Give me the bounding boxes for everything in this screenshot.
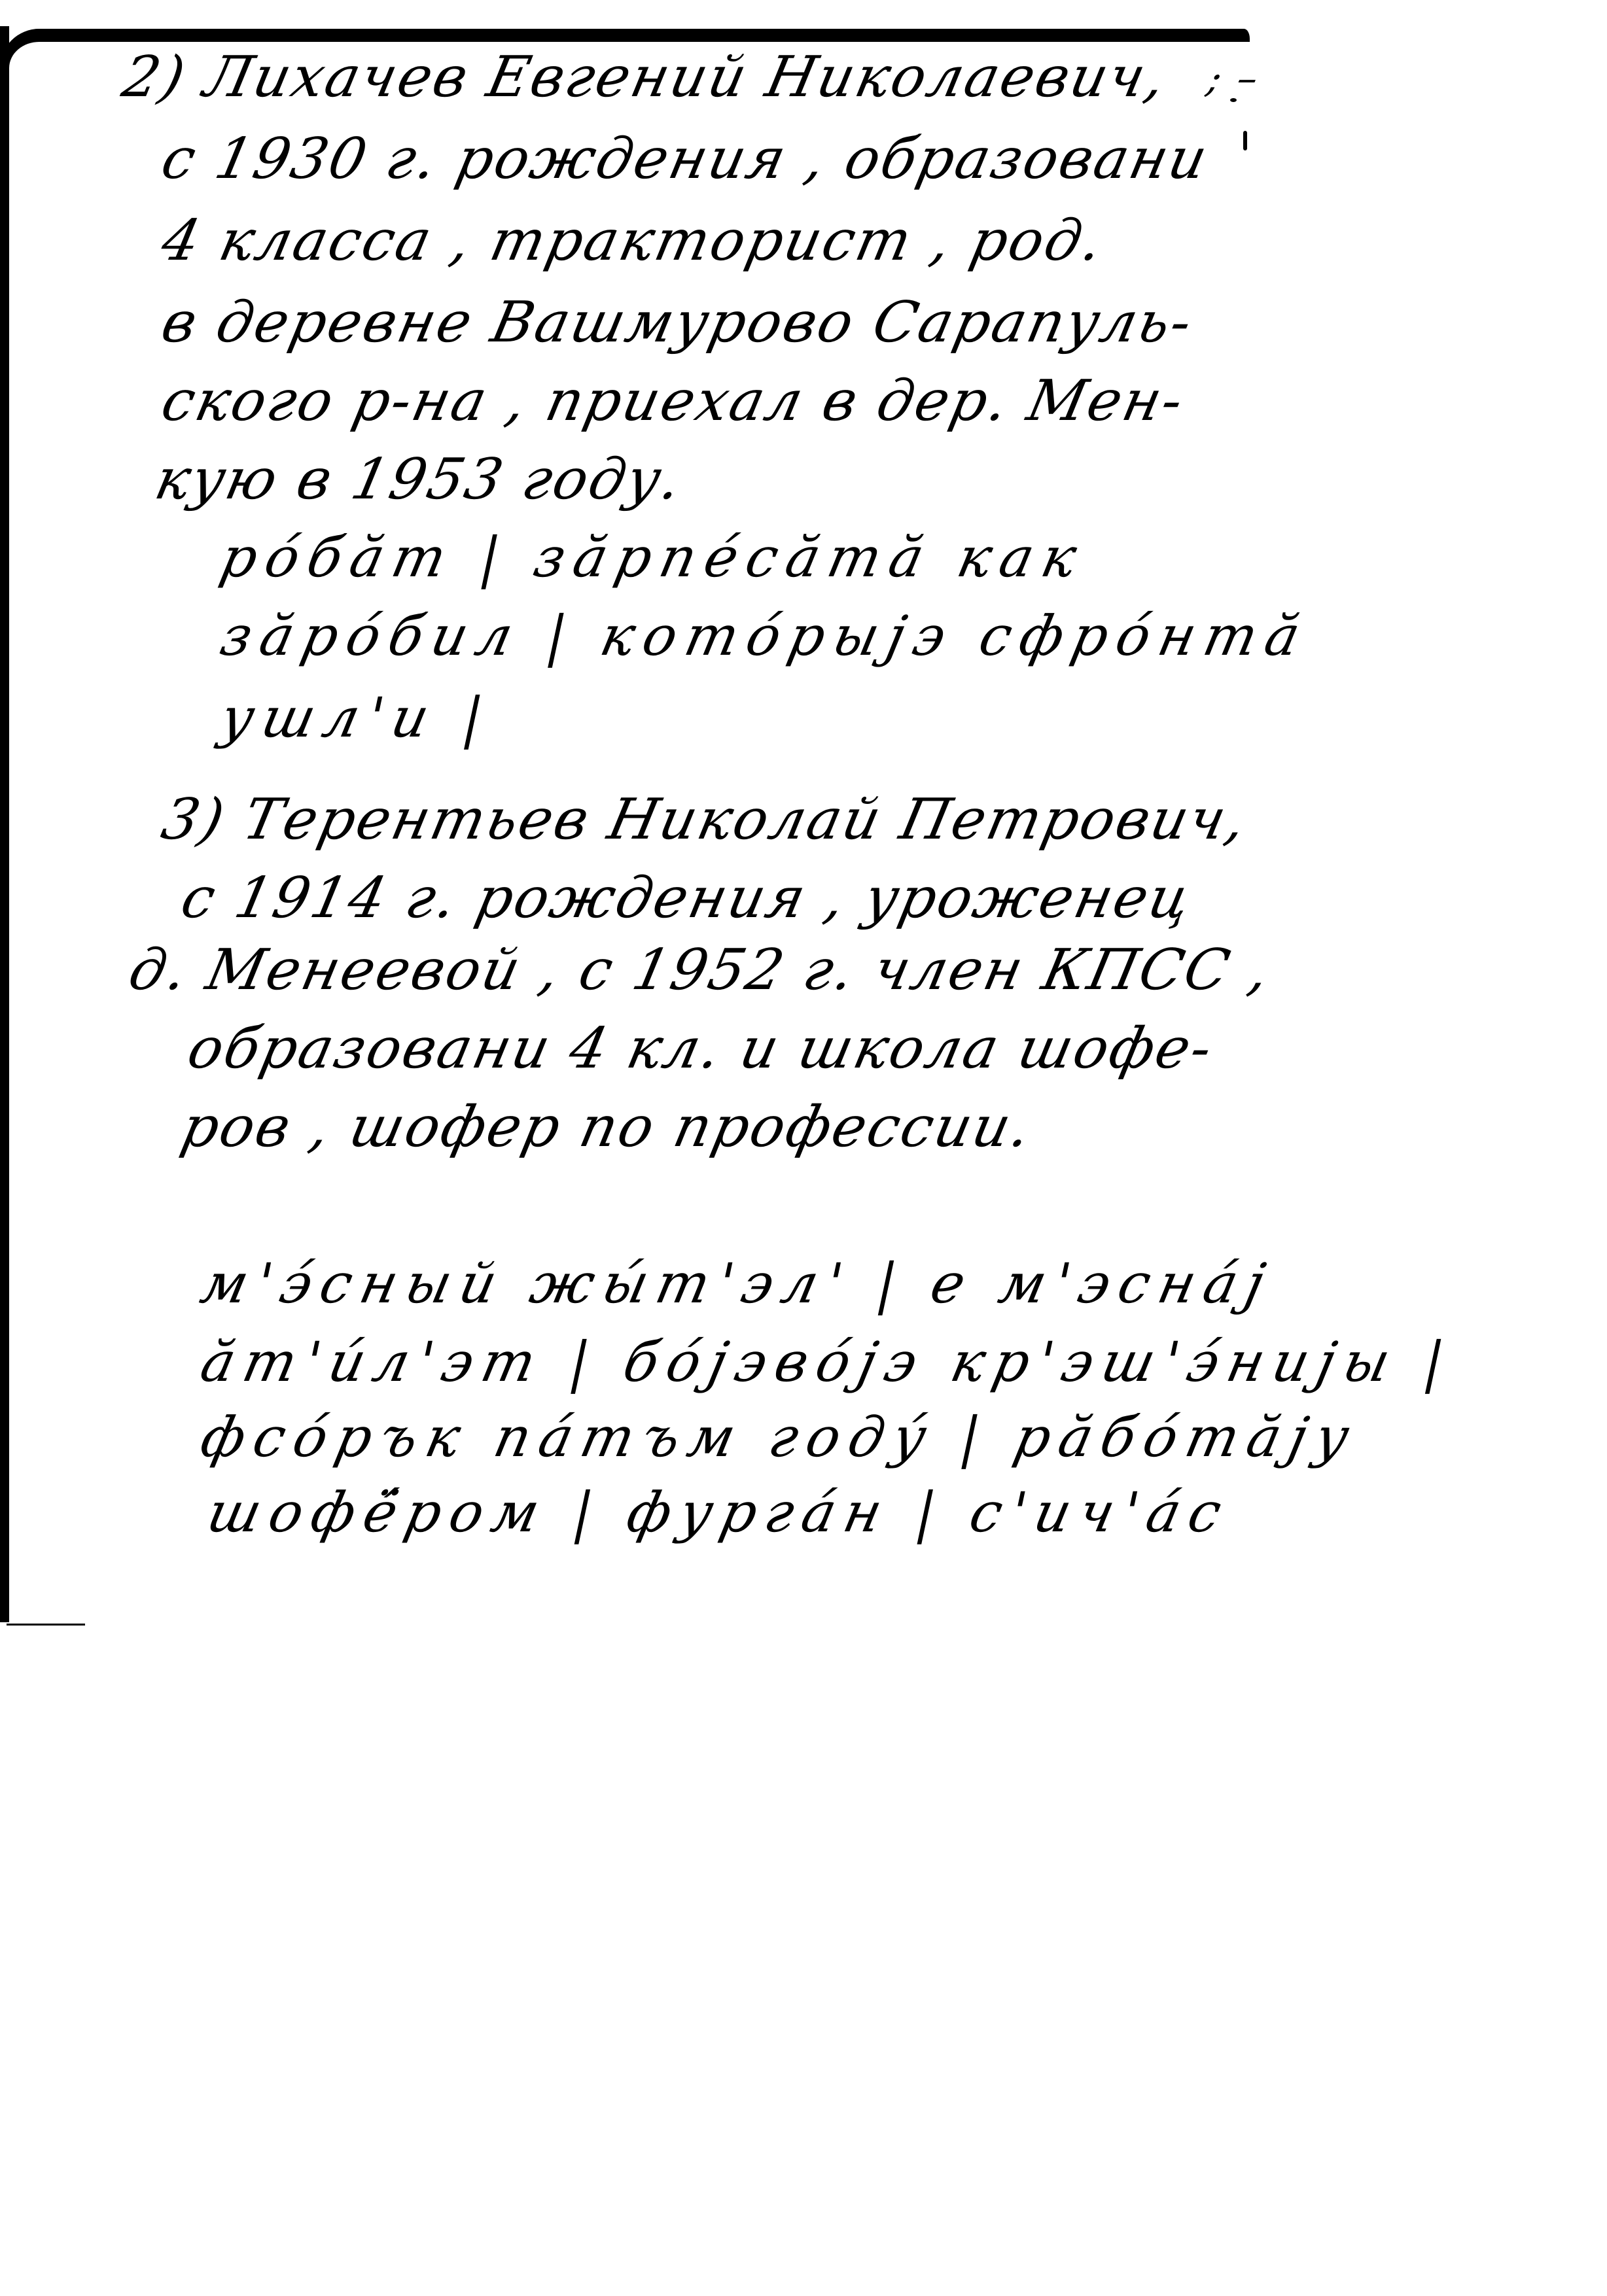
entry-3-line-5: ров , шофер по профессии. (177, 1099, 1037, 1155)
entry-2-line-6: кую в 1953 году. (150, 451, 688, 508)
entry-3-line-3: д. Менеевой , с 1952 г. член КПСС , (124, 942, 1276, 998)
entry-2-phonetic-2: зӑро́бил | кото́рыјэ сфро́нтӑ (216, 608, 1314, 663)
entry-2-line-3: 4 класса , тракторист , род. (157, 213, 1109, 269)
entry-3-line-2: с 1914 г. рождения , уроженец (177, 870, 1197, 926)
entry-2-line-5: ского р-на , приехал в дер. Мен- (157, 373, 1190, 429)
scanned-page: 2) Лихачев Евгений Николаевич, ; – с 193… (0, 0, 1607, 2296)
entry-3-phonetic-4: шофё́ром | фурга́н | с'ич'а́с (203, 1485, 1235, 1540)
entry-2-phonetic-1: ро́бӑт | зӑрпе́сӑтӑ как (216, 530, 1090, 585)
entry-3-phonetic-3: фсо́рък па́тъм году́ | рӑбо́тӑју (196, 1410, 1363, 1465)
scan-border-left (0, 26, 9, 1622)
entry-3-phonetic-2: ӑт'и́л'эт | бо́јэво́јэ кр'эш'э́нијы | (196, 1334, 1458, 1389)
entry-2-line-2: с 1930 г. рождения , образовани (157, 131, 1214, 187)
entry-2-line-4: в деревне Вашмурово Сарапуль- (157, 294, 1198, 351)
top-right-mark: ; – (1204, 59, 1263, 98)
scan-speck (1243, 131, 1247, 150)
entry-3-line-1: 3) Терентьев Николай Петрович, (157, 791, 1252, 848)
scan-border-bottom-tick (7, 1624, 85, 1626)
scan-border-top (20, 29, 1250, 42)
entry-2-line-1: 2) Лихачев Евгений Николаевич, (118, 49, 1172, 105)
entry-3-phonetic-1: м'э́сный жы́т'эл' | е м'эсна́ј (196, 1256, 1279, 1311)
entry-3-line-4: образовани 4 кл. и школа шофе- (183, 1020, 1218, 1077)
entry-2-phonetic-3: ушл'и | (216, 690, 497, 745)
